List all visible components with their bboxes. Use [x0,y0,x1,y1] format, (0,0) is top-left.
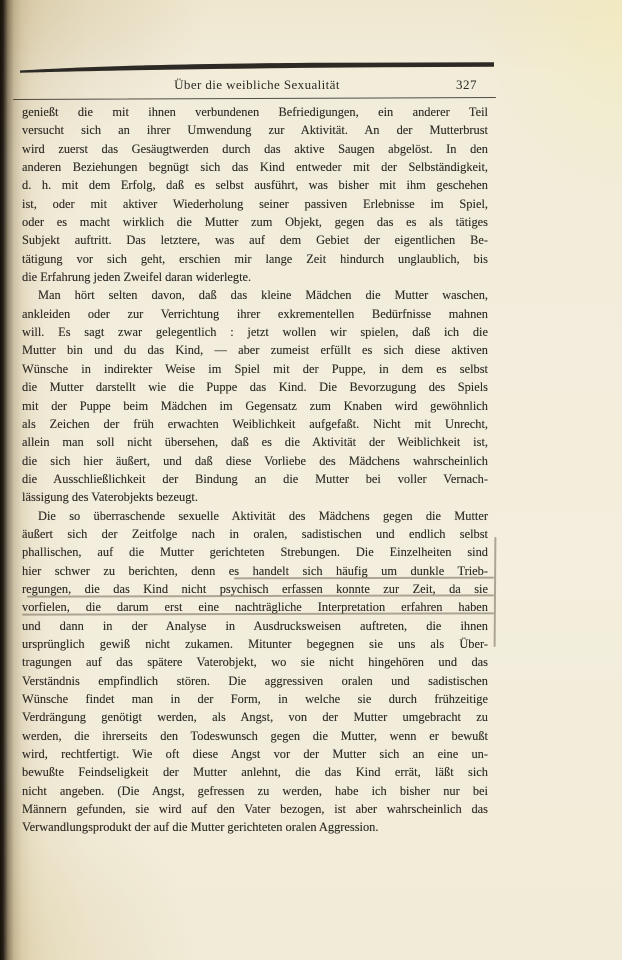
text-line: allein man soll nicht übersehen, daß es … [22,433,488,451]
pencil-underline-mark [234,576,494,578]
text-line: ursprünglich gewiß nicht zukamen. Mitunt… [22,635,488,653]
text-line: regungen, die das Kind nicht psychisch e… [22,580,488,598]
margin-pencil-line [494,537,497,647]
text-line: oder es macht wirklich die Mutter zum Ob… [22,213,488,231]
text-line: lässigung des Vaterobjekts bezeugt. [22,488,488,506]
text-line: hier schwer zu berichten, denn es handel… [22,562,488,580]
text-line: d. h. mit dem Erfolg, daß es selbst ausf… [22,176,488,194]
text-line: phallischen, auf die Mutter gerichteten … [22,543,488,561]
pencil-underline-mark [27,594,494,597]
text-line: Die so überraschende sexuelle Aktivität … [22,507,488,525]
running-head: Über die weibliche Sexualität 327 [22,77,492,94]
text-line: versucht sich an ihrer Umwendung zur Akt… [22,121,488,139]
text-line: die Mutter darstellt wie die Puppe das K… [22,378,488,396]
text-line: bewußte Feindseligkeit der Mutter anlehn… [22,763,488,781]
text-line: äußert sich der Zeitfolge nach in oralen… [22,525,488,543]
text-line: tätigung vor sich geht, erschien mir lan… [22,250,488,268]
running-head-title: Über die weibliche Sexualität [22,77,492,93]
text-line: Verwandlungsprodukt der auf die Mutter g… [22,818,488,836]
text-line: Mutter bin und du das Kind, — aber zumei… [22,341,488,359]
text-line: tragungen auf das spätere Vaterobjekt, w… [22,653,488,671]
text-line: werden, die ihrerseits den Todeswunsch g… [22,727,488,745]
scanned-book-page: Über die weibliche Sexualität 327 genieß… [0,0,622,960]
page-number: 327 [456,77,477,93]
text-line: die Ausschließlichkeit der Bindung an di… [22,470,488,488]
text-line: Männern gefunden, sie wird auf den Vater… [22,800,488,818]
text-line: vorfielen, die darum erst eine nachträgl… [22,598,488,616]
text-line: ankleiden oder zur Verrichtung ihrer exk… [22,305,488,323]
text-line: die Erfahrung jeden Zweifel daran widerl… [22,268,488,286]
text-line: mit der Puppe beim Mädchen im Gegensatz … [22,397,488,415]
text-line: ist, oder mit aktiver Wiederholung seine… [22,195,488,213]
text-line: Verdrängung genötigt werden, als Angst, … [22,708,488,726]
text-line: Subjekt auftritt. Das letztere, was auf … [22,231,488,249]
text-line: nicht angeben. (Die Angst, gefressen zu … [22,782,488,800]
header-thick-rule [20,61,494,73]
text-line: wird, rechtfertigt. Wie oft diese Angst … [22,745,488,763]
text-line: genießt die mit ihnen verbundenen Befrie… [22,103,488,121]
text-line: und dann in der Analyse in Ausdrucksweis… [22,617,488,635]
text-line: anderen Beziehungen begnügt sich das Kin… [22,158,488,176]
text-line: Man hört selten davon, daß das kleine Mä… [22,286,488,304]
pencil-underline-mark [22,613,494,616]
header-thin-rule [13,97,496,100]
text-line: die sich hier äußert, und daß diese Vorl… [22,452,488,470]
text-line: Verständnis empfindlich stören. Die aggr… [22,672,488,690]
text-line: Wünsche in indirekter Weise im Spiel mit… [22,360,488,378]
text-line: Wünsche findet man in der Form, in welch… [22,690,488,708]
text-line: wird zuerst das Gesäugtwerden durch das … [22,140,488,158]
text-line: als Zeichen der früh erwachten Weiblichk… [22,415,488,433]
text-line: will. Es sagt zwar gelegentlich : jetzt … [22,323,488,341]
page-body: genießt die mit ihnen verbundenen Befrie… [22,103,488,837]
